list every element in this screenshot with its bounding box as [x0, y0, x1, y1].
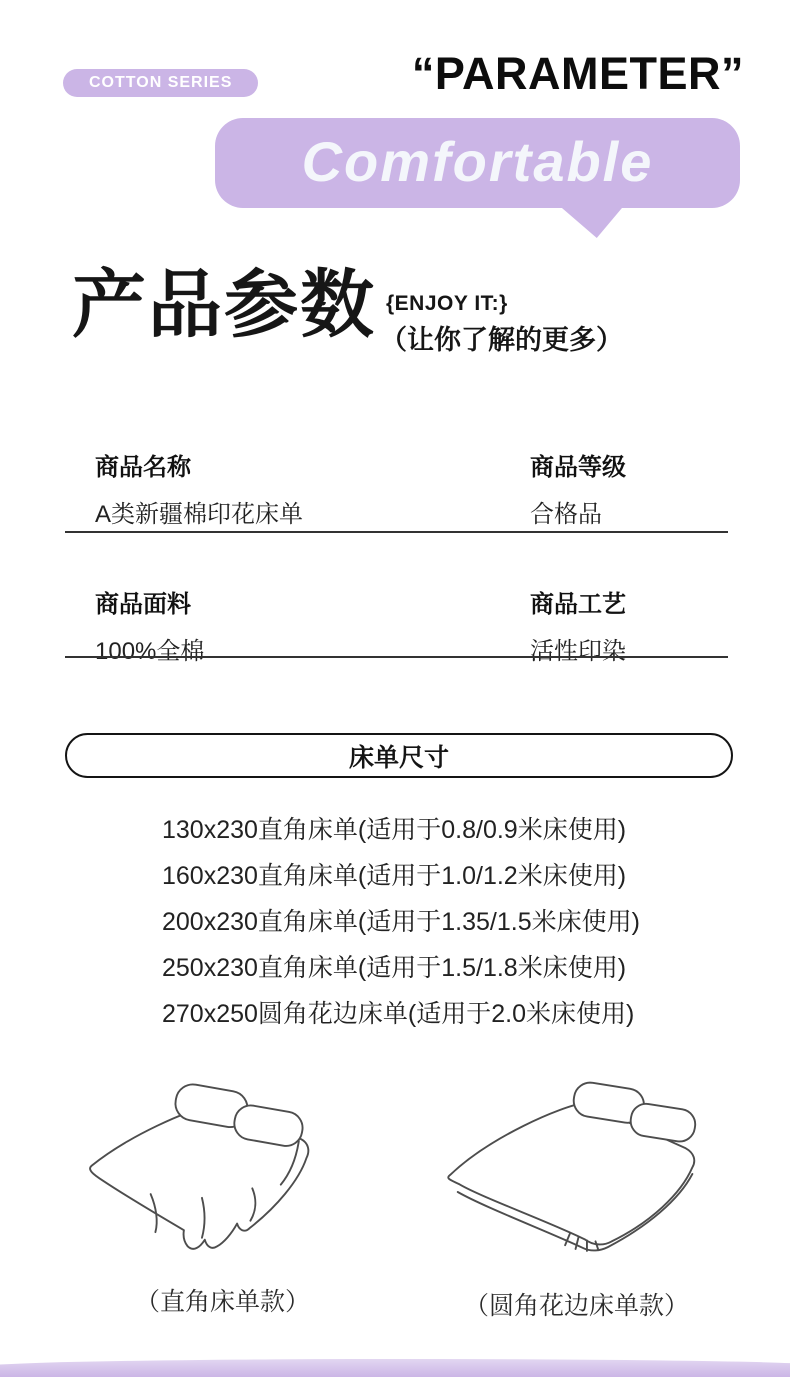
- product-parameter-page: COTTON SERIES “PARAMETER” Comfortable 产品…: [0, 0, 790, 1377]
- size-item: 130x230直角床单(适用于0.8/0.9米床使用): [162, 815, 640, 845]
- divider: [65, 656, 728, 658]
- size-item: 200x230直角床单(适用于1.35/1.5米床使用): [162, 907, 640, 937]
- spec-value: 合格品: [530, 494, 626, 529]
- spec-label: 商品名称: [95, 447, 303, 482]
- spec-craft: 商品工艺 活性印染: [530, 584, 626, 666]
- size-heading-label: 床单尺寸: [349, 738, 449, 774]
- straight-sheet-illustration: [58, 1082, 363, 1272]
- rounded-lace-sheet-illustration: [424, 1078, 729, 1268]
- spec-fabric: 商品面料 100%全棉: [95, 584, 204, 666]
- straight-sheet-caption: （直角床单款）: [70, 1282, 375, 1318]
- spec-label: 商品工艺: [530, 584, 626, 619]
- spec-grade: 商品等级 合格品: [530, 447, 626, 529]
- speech-bubble: Comfortable: [215, 118, 740, 208]
- divider: [65, 531, 728, 533]
- series-badge-label: COTTON SERIES: [89, 74, 232, 92]
- page-subtitle: （让你了解的更多）: [380, 318, 623, 357]
- spec-label: 商品等级: [530, 447, 626, 482]
- enjoy-tag: {ENJOY IT:}: [386, 292, 508, 316]
- spec-name: 商品名称 A类新疆棉印花床单: [95, 447, 303, 529]
- size-item: 270x250圆角花边床单(适用于2.0米床使用): [162, 999, 640, 1029]
- speech-bubble-tail: [555, 202, 627, 238]
- rounded-sheet-caption: （圆角花边床单款）: [424, 1286, 729, 1322]
- parameter-title: “PARAMETER”: [412, 48, 744, 100]
- spec-value: 活性印染: [530, 631, 626, 666]
- page-title: 产品参数: [72, 264, 376, 345]
- size-list: 130x230直角床单(适用于0.8/0.9米床使用) 160x230直角床单(…: [162, 815, 640, 1029]
- series-badge: COTTON SERIES: [63, 69, 258, 97]
- bottom-decorative-band: [0, 1359, 790, 1377]
- rounded-sheet-drawing: [424, 1078, 729, 1268]
- straight-sheet-drawing: [58, 1082, 363, 1272]
- bubble-word: Comfortable: [302, 129, 654, 194]
- size-section-heading: 床单尺寸: [65, 733, 733, 778]
- spec-value: 100%全棉: [95, 631, 204, 666]
- size-item: 250x230直角床单(适用于1.5/1.8米床使用): [162, 953, 640, 983]
- spec-value: A类新疆棉印花床单: [95, 494, 303, 529]
- size-item: 160x230直角床单(适用于1.0/1.2米床使用): [162, 861, 640, 891]
- spec-label: 商品面料: [95, 584, 204, 619]
